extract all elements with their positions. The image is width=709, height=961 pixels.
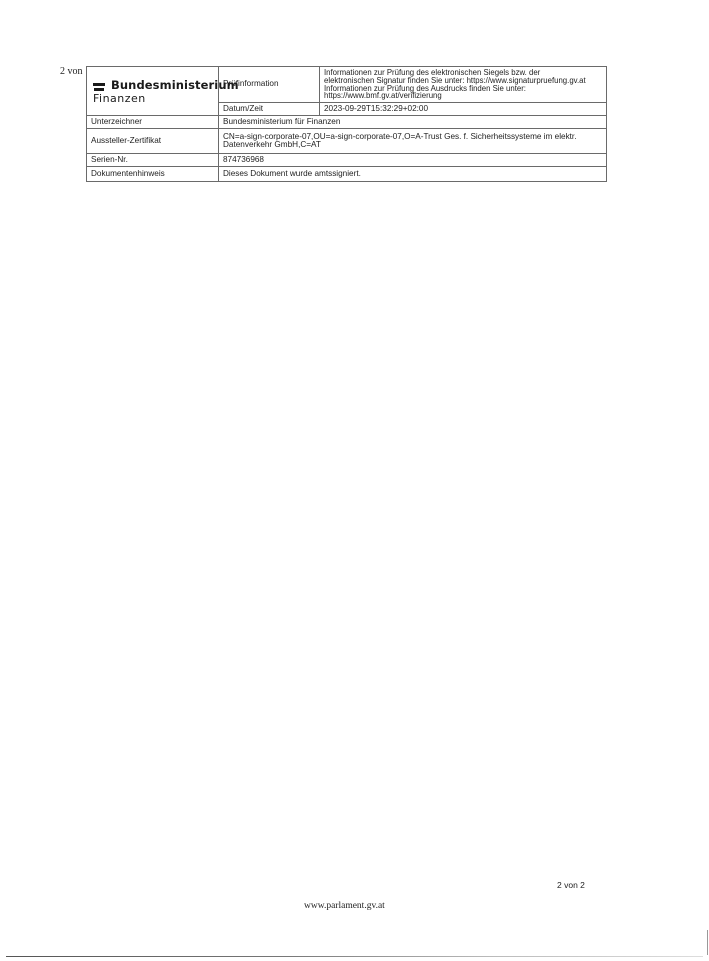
label-aussteller-zertifikat: Aussteller-Zertifikat	[87, 129, 219, 154]
table-row-unterzeichner: Unterzeichner Bundesministerium für Fina…	[87, 116, 607, 129]
bottom-rule	[6, 956, 703, 957]
page-edge	[707, 930, 708, 955]
bmf-logo: Bundesministerium Finanzen	[93, 76, 212, 106]
label-serien-nr: Serien-Nr.	[87, 154, 219, 167]
page-label: 2 von	[60, 66, 83, 77]
value-unterzeichner: Bundesministerium für Finanzen	[219, 116, 607, 129]
logo-name-line2: Finanzen	[93, 92, 239, 106]
table-row-aussteller-zertifikat: Aussteller-Zertifikat CN=a-sign-corporat…	[87, 129, 607, 154]
label-datum-zeit: Datum/Zeit	[219, 103, 320, 116]
label-unterzeichner: Unterzeichner	[87, 116, 219, 129]
logo-name-line1: Bundesministerium	[111, 78, 239, 92]
table-row-dokumentenhinweis: Dokumentenhinweis Dieses Dokument wurde …	[87, 167, 607, 182]
signature-table: Bundesministerium Finanzen Prüfinformati…	[86, 66, 607, 182]
table-row-pruefinformation: Bundesministerium Finanzen Prüfinformati…	[87, 67, 607, 103]
footer-page-number: 2 von 2	[557, 880, 585, 890]
value-datum-zeit: 2023-09-29T15:32:29+02:00	[320, 103, 607, 116]
value-aussteller-zertifikat: CN=a-sign-corporate-07,OU=a-sign-corpora…	[219, 129, 607, 154]
pruefinfo-line: https://www.bmf.gv.at/verifizierung	[324, 92, 602, 100]
footer-url: www.parlament.gv.at	[304, 901, 385, 911]
bmf-logo-icon	[93, 83, 105, 91]
value-dokumentenhinweis: Dieses Dokument wurde amtssigniert.	[219, 167, 607, 182]
zertifikat-line: Datenverkehr GmbH,C=AT	[223, 141, 602, 149]
table-row-serien-nr: Serien-Nr. 874736968	[87, 154, 607, 167]
value-serien-nr: 874736968	[219, 154, 607, 167]
logo-cell: Bundesministerium Finanzen	[87, 67, 219, 116]
label-dokumentenhinweis: Dokumentenhinweis	[87, 167, 219, 182]
value-pruefinformation: Informationen zur Prüfung des elektronis…	[320, 67, 607, 103]
